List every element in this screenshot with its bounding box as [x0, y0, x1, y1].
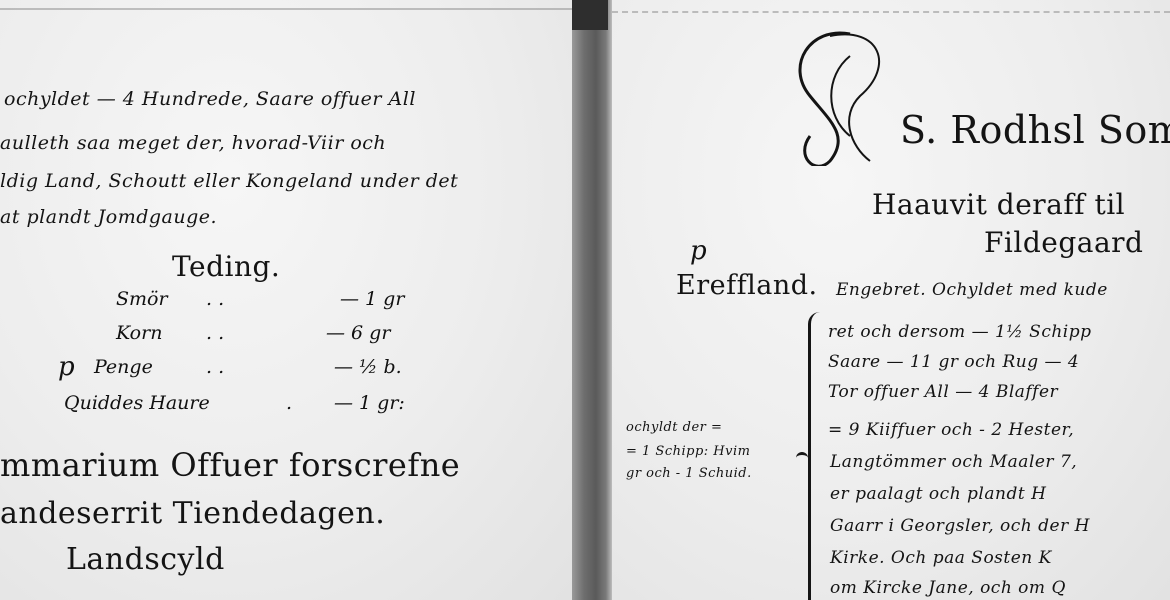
bracket-brace-tip: [796, 452, 808, 461]
item-label: Korn: [116, 322, 162, 344]
entry-label: Ereffland.: [676, 270, 818, 301]
left-paragraph-line-1: ochyldet — 4 Hundrede, Saare offuer All: [4, 88, 416, 110]
right-heading-line-3: Fildegaard: [984, 226, 1143, 259]
gutter-shadow: [572, 0, 608, 30]
right-heading-line-2: Haauvit deraff til: [872, 188, 1125, 221]
bracket-brace: [808, 312, 825, 600]
item-label: Smör: [116, 288, 168, 310]
section-mark: p: [690, 236, 707, 266]
left-paragraph-line-2: aulleth saa meget der, hvorad-Viir och: [0, 132, 386, 154]
entry-intro: Engebret. Ochyldet med kude: [836, 280, 1108, 300]
item-value: — 1 gr:: [334, 392, 405, 414]
item-leader: .: [286, 392, 292, 414]
entry-line-2: Saare — 11 gr och Rug — 4: [828, 352, 1079, 372]
left-paragraph-line-4: at plandt Jomdgauge.: [0, 206, 217, 228]
entry-line-3: Tor offuer All — 4 Blaffer: [828, 382, 1058, 402]
summary-line-2: andeserrit Tiendedagen.: [0, 496, 385, 531]
item-leader: . .: [206, 356, 224, 378]
right-page-top-edge: [612, 10, 1170, 13]
ledger-item-row: Smör . . — 1 gr: [116, 288, 456, 310]
entry-line-9: om Kircke Jane, och om Q: [830, 578, 1066, 598]
margin-note-line-3: gr och - 1 Schuid.: [626, 466, 752, 481]
left-section-title: Teding.: [172, 250, 280, 283]
right-heading-line-1: S. Rodhsl Som: [900, 108, 1170, 152]
margin-mark: p: [58, 352, 75, 382]
entry-line-7: Gaarr i Georgsler, och der H: [830, 516, 1090, 536]
ledger-item-row: Quiddes Haure . — 1 gr:: [64, 392, 464, 414]
margin-note-line-2: = 1 Schipp: Hvim: [626, 444, 750, 459]
ledger-item-row: Korn . . — 6 gr: [116, 322, 456, 344]
item-leader: . .: [206, 322, 224, 344]
ledger-item-row: Penge . . — ½ b.: [94, 356, 454, 378]
summary-line-1: mmarium Offuer forscrefne: [0, 446, 460, 484]
entry-line-4: = 9 Kiiffuer och - 2 Hester,: [828, 420, 1074, 440]
entry-line-8: Kirke. Och paa Sosten K: [830, 548, 1052, 568]
decorated-initial-s-icon: [790, 26, 900, 166]
book-gutter: [572, 0, 612, 600]
left-page-top-edge: [0, 0, 572, 10]
item-value: — 1 gr: [340, 288, 404, 310]
item-value: — ½ b.: [334, 356, 402, 378]
item-leader: . .: [206, 288, 224, 310]
entry-line-6: er paalagt och plandt H: [830, 484, 1046, 504]
left-subheading: Landscyld: [66, 542, 225, 577]
entry-line-1: ret och dersom — 1½ Schipp: [828, 322, 1092, 342]
item-value: — 6 gr: [326, 322, 390, 344]
entry-line-5: Langtömmer och Maaler 7,: [830, 452, 1077, 472]
item-label: Penge: [94, 356, 153, 378]
item-label: Quiddes Haure: [64, 392, 210, 414]
left-paragraph-line-3: ldig Land, Schoutt eller Kongeland under…: [0, 170, 458, 192]
margin-note-line-1: ochyldt der =: [626, 420, 722, 435]
